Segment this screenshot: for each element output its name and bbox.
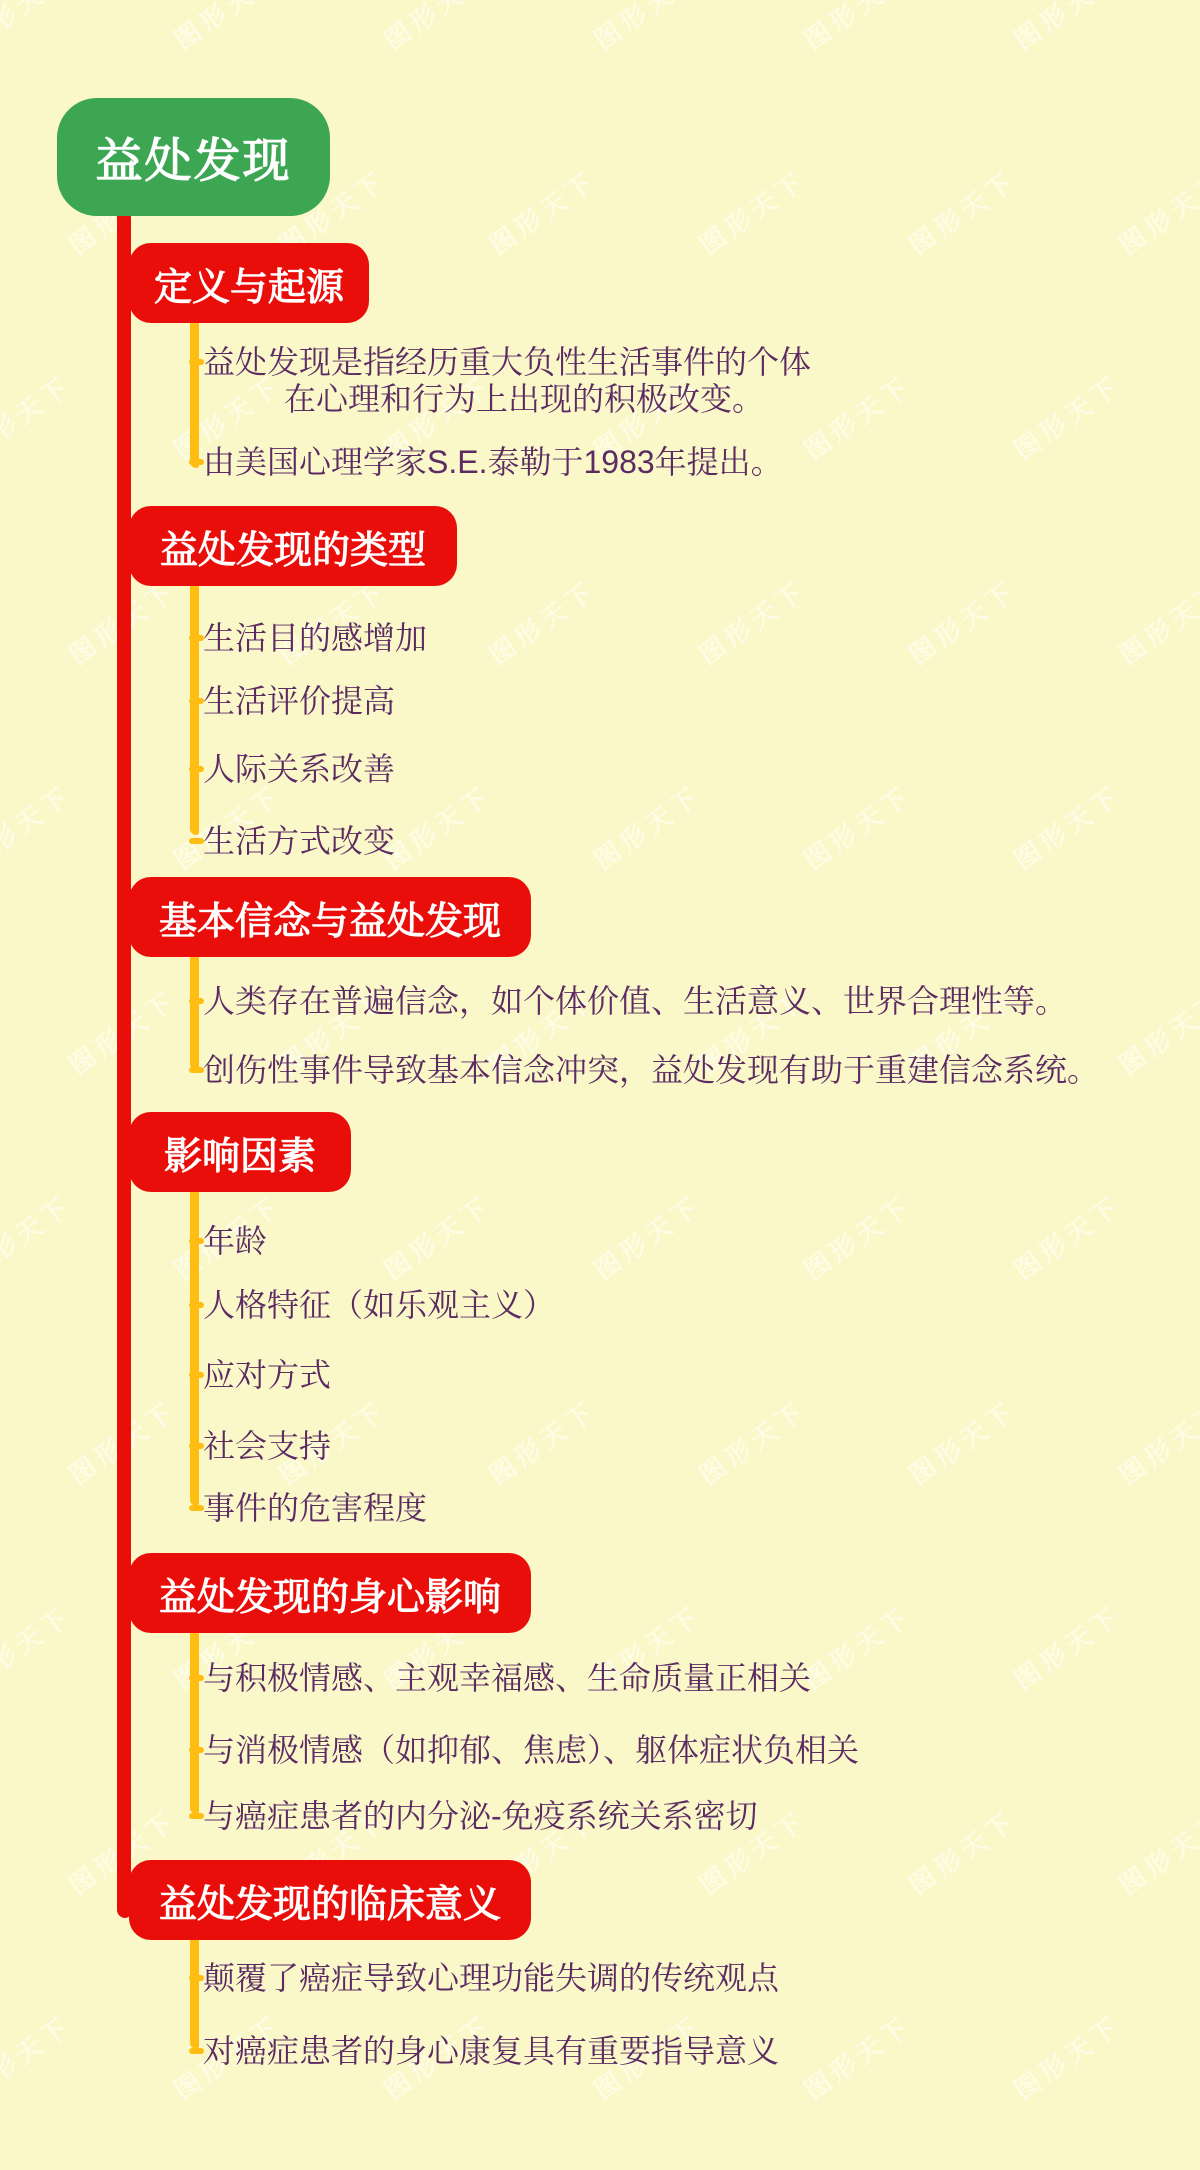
topic-node-label: 益处发现的临床意义 [159,1873,501,1928]
leaf-item-text: 事件的危害程度 [203,1490,427,1527]
topic-node-clinical-significance[interactable]: 益处发现的临床意义 [129,1860,531,1940]
leaf-item-text: 年龄 [203,1223,267,1260]
watermark-text: 图形天下 [796,0,919,57]
watermark-text: 图形天下 [796,1596,919,1697]
watermark-text: 图形天下 [1006,1596,1129,1697]
leaf-item[interactable]: 对癌症患者的身心康复具有重要指导意义 [203,2033,779,2070]
leaf-item-text: 生活方式改变 [203,823,395,860]
watermark-text: 图形天下 [0,776,78,877]
watermark-text: 图形天下 [0,2006,78,2107]
topic-node-types[interactable]: 益处发现的类型 [129,506,457,586]
watermark-text: 图形天下 [1006,366,1129,467]
watermark-text: 图形天下 [586,1186,709,1287]
topic-node-basic-beliefs[interactable]: 基本信念与益处发现 [129,877,531,957]
watermark-text: 图形天下 [796,2006,919,2107]
watermark-text: 图形天下 [0,1186,78,1287]
topic-node-definition-origin[interactable]: 定义与起源 [129,243,369,323]
watermark-text: 图形天下 [1111,571,1200,672]
watermark-text: 图形天下 [901,1391,1024,1492]
leaf-item[interactable]: 人际关系改善 [203,751,395,788]
leaf-item-text: 颠覆了癌症导致心理功能失调的传统观点 [203,1960,779,1997]
branch-connector [190,312,199,468]
watermark-text: 图形天下 [586,0,709,57]
topic-node-label: 定义与起源 [154,256,344,311]
branch-connector [190,950,199,1070]
leaf-item-text: 生活目的感增加 [203,620,427,657]
watermark-text: 图形天下 [481,571,604,672]
watermark-text: 图形天下 [481,1391,604,1492]
watermark-text: 图形天下 [166,0,289,57]
leaf-item-text: 对癌症患者的身心康复具有重要指导意义 [203,2033,779,2070]
leaf-item[interactable]: 与消极情感（如抑郁、焦虑）、躯体症状负相关 [203,1732,859,1769]
topic-node-label: 基本信念与益处发现 [159,890,501,945]
leaf-item-text: 与癌症患者的内分泌-免疫系统关系密切 [203,1798,758,1835]
leaf-item-text: 与积极情感、主观幸福感、生命质量正相关 [203,1660,811,1697]
watermark-text: 图形天下 [796,776,919,877]
leaf-item[interactable]: 社会支持 [203,1428,331,1465]
leaf-item-text: 与消极情感（如抑郁、焦虑）、躯体症状负相关 [203,1732,859,1769]
leaf-item[interactable]: 年龄 [203,1223,267,1260]
watermark-text: 图形天下 [1111,1801,1200,1902]
leaf-item[interactable]: 应对方式 [203,1357,331,1394]
tree-spine-connector [117,160,131,1918]
leaf-item[interactable]: 生活评价提高 [203,683,395,720]
leaf-item-text: 人际关系改善 [203,751,395,788]
watermark-text: 图形天下 [901,571,1024,672]
leaf-item[interactable]: 事件的危害程度 [203,1490,427,1527]
watermark-text: 图形天下 [901,161,1024,262]
leaf-item-text: 应对方式 [203,1357,331,1394]
watermark-text: 图形天下 [376,0,499,57]
root-node-label: 益处发现 [96,124,292,191]
topic-node-mind-body-effects[interactable]: 益处发现的身心影响 [129,1553,531,1633]
leaf-item[interactable]: 创伤性事件导致基本信念冲突，益处发现有助于重建信念系统。 [203,1052,1099,1089]
leaf-item[interactable]: 生活方式改变 [203,823,395,860]
leaf-item-text: 人类存在普遍信念，如个体价值、生活意义、世界合理性等。 [203,983,1067,1020]
watermark-text: 图形天下 [1006,776,1129,877]
leaf-item-text: 社会支持 [203,1428,331,1465]
leaf-item[interactable]: 人格特征（如乐观主义） [203,1287,555,1324]
watermark-text: 图形天下 [796,366,919,467]
watermark-text: 图形天下 [586,776,709,877]
watermark-text: 图形天下 [691,161,814,262]
watermark-text: 图形天下 [481,161,604,262]
branch-connector [190,575,199,835]
leaf-item-text: 创伤性事件导致基本信念冲突，益处发现有助于重建信念系统。 [203,1052,1099,1089]
leaf-item-text: 益处发现是指经历重大负性生活事件的个体 [203,344,811,381]
leaf-item[interactable]: 颠覆了癌症导致心理功能失调的传统观点 [203,1960,779,1997]
watermark-text: 图形天下 [691,1391,814,1492]
leaf-item[interactable]: 与积极情感、主观幸福感、生命质量正相关 [203,1660,811,1697]
watermark-text: 图形天下 [1111,1391,1200,1492]
leaf-item-text: 生活评价提高 [203,683,395,720]
leaf-item[interactable]: 与癌症患者的内分泌-免疫系统关系密切 [203,1798,758,1835]
branch-connector [190,1930,199,2049]
leaf-item[interactable]: 益处发现是指经历重大负性生活事件的个体 在心理和行为上出现的积极改变。 [203,344,811,418]
root-node[interactable]: 益处发现 [57,98,330,216]
watermark-text: 图形天下 [376,1186,499,1287]
topic-node-label: 影响因素 [164,1125,316,1180]
mindmap-canvas: 图形天下图形天下图形天下图形天下图形天下图形天下图形天下图形天下图形天下图形天下… [0,0,1200,2170]
leaf-item[interactable]: 由美国心理学家S.E.泰勒于1983年提出。 [203,444,783,481]
watermark-text: 图形天下 [0,366,78,467]
leaf-item-text: 在心理和行为上出现的积极改变。 [284,381,811,418]
watermark-text: 图形天下 [901,1801,1024,1902]
branch-connector [190,1622,199,1814]
topic-node-influencing-factors[interactable]: 影响因素 [129,1112,351,1192]
leaf-item-text: 由美国心理学家S.E.泰勒于1983年提出。 [203,444,783,481]
branch-connector [190,1182,199,1506]
watermark-text: 图形天下 [691,571,814,672]
watermark-text: 图形天下 [1111,981,1200,1082]
watermark-text: 图形天下 [0,0,78,57]
watermark-text: 图形天下 [1111,161,1200,262]
topic-node-label: 益处发现的类型 [160,519,426,574]
watermark-text: 图形天下 [0,1596,78,1697]
topic-node-label: 益处发现的身心影响 [159,1566,501,1621]
leaf-item[interactable]: 人类存在普遍信念，如个体价值、生活意义、世界合理性等。 [203,983,1067,1020]
leaf-item[interactable]: 生活目的感增加 [203,620,427,657]
leaf-item-text: 人格特征（如乐观主义） [203,1287,555,1324]
watermark-text: 图形天下 [1006,0,1129,57]
watermark-text: 图形天下 [1006,1186,1129,1287]
watermark-text: 图形天下 [1006,2006,1129,2107]
watermark-text: 图形天下 [796,1186,919,1287]
